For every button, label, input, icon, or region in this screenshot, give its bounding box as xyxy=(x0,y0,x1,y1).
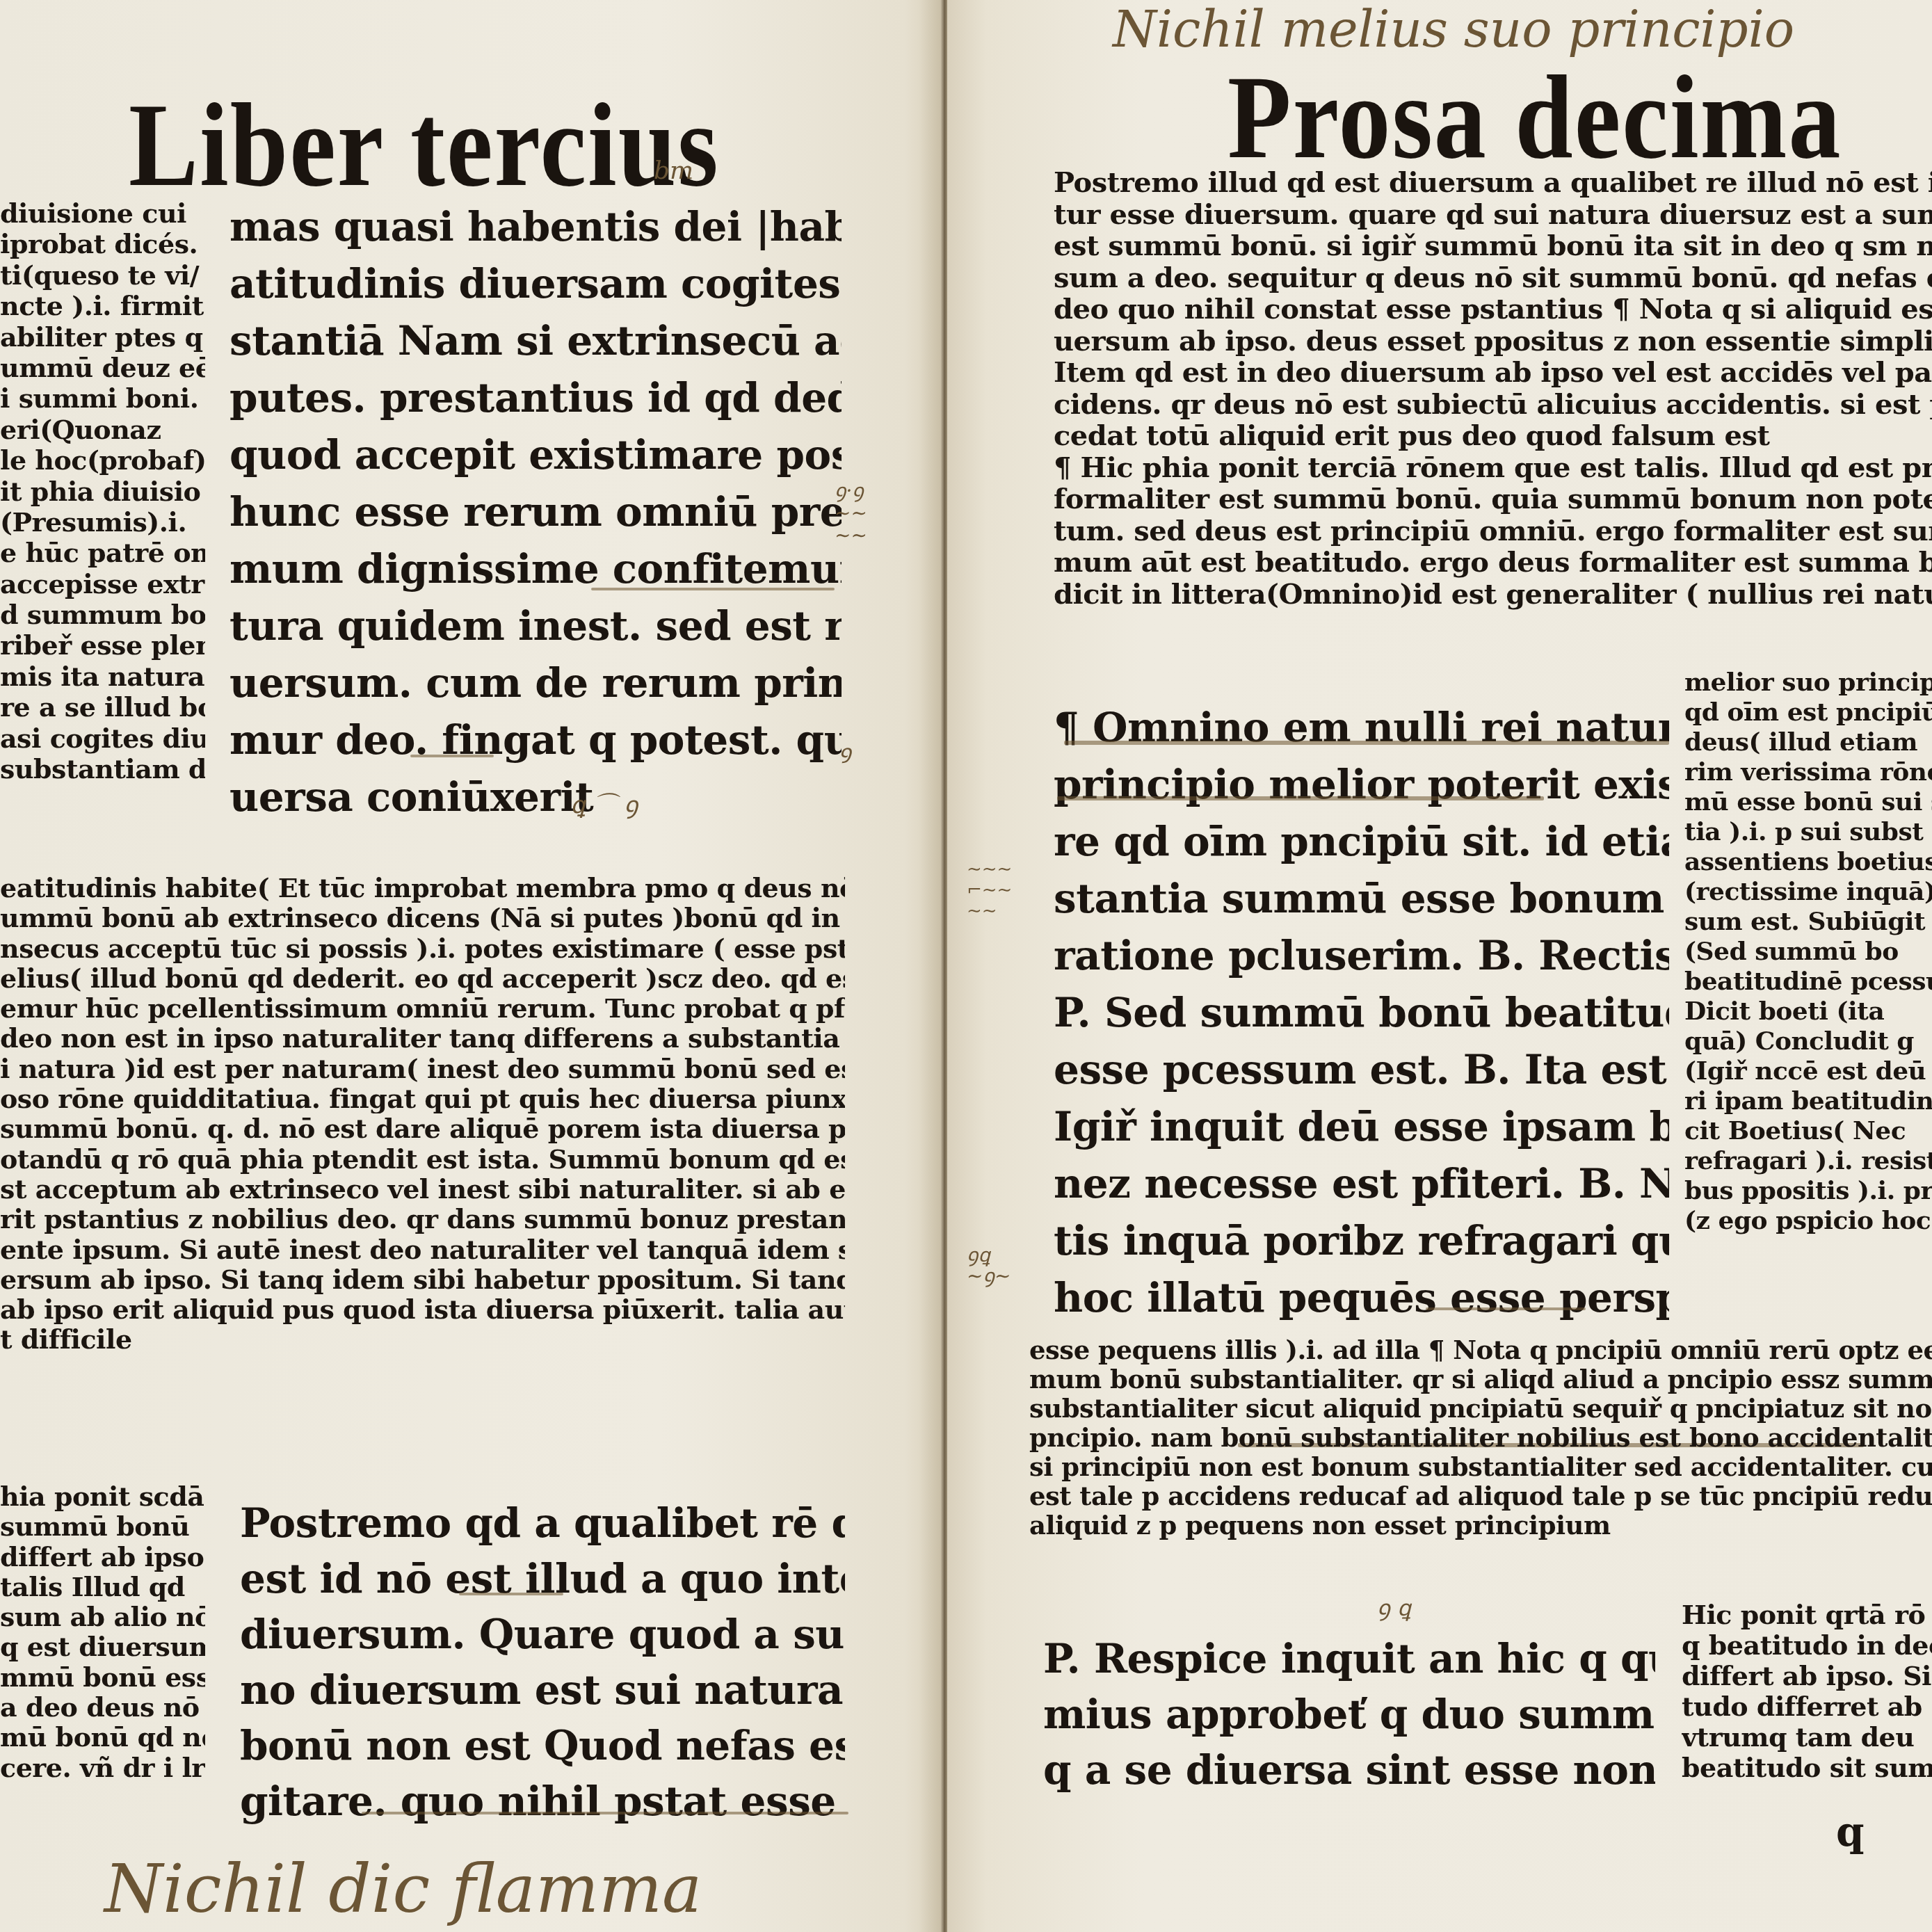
main-text-line: stantiā Nam si extrinsecū acceptum xyxy=(230,312,842,369)
commentary-line: aliquid z p pequens non esset principium xyxy=(1029,1511,1932,1540)
commentary-line: e hūc patrē om xyxy=(0,538,205,568)
main-text-line: hoc illatū pequēs esse perspicio xyxy=(1054,1269,1669,1326)
main-text-line: uersa coniūxerit xyxy=(230,768,842,826)
commentary-line: quā) Concludit g xyxy=(1684,1027,1932,1056)
right-main-text: ¶ Omnino em nulli rei natura suo princip… xyxy=(1054,699,1669,1326)
main-text-line: uersum. cum de rerum principe loqua xyxy=(230,654,842,711)
commentary-line: esse pequens illis ).i. ad illa ¶ Nota q… xyxy=(1029,1335,1932,1365)
commentary-line: Dicit boeti (ita xyxy=(1684,997,1932,1027)
commentary-line: eri(Quonaz xyxy=(0,414,205,445)
commentary-line: mmū bonū esset xyxy=(0,1662,205,1692)
handwritten-footer-note: Nichil dic flamma xyxy=(104,1850,702,1928)
commentary-line: ri ipam beatitudinē xyxy=(1684,1086,1932,1116)
right-commentary-side-bottom: Hic ponit qrtā rō q beatitudo in deo dif… xyxy=(1682,1600,1932,1783)
commentary-line: ersum ab ipso. Si tanq idem sibi habetur… xyxy=(0,1264,845,1294)
commentary-line: melior suo princip xyxy=(1684,668,1932,698)
commentary-line: diuisione cui xyxy=(0,198,205,229)
commentary-line: est summū bonū. si igiř summū bonū ita s… xyxy=(1054,230,1932,262)
commentary-line: talis Illud qd xyxy=(0,1572,205,1602)
commentary-line: sum a deo. sequitur q deus nō sit summū … xyxy=(1054,262,1932,294)
commentary-line: bus ppositis ).i. pr xyxy=(1684,1176,1932,1206)
commentary-line: differt ab ipso. Si xyxy=(1682,1661,1932,1691)
commentary-line: ti(queso te vi/ xyxy=(0,260,205,291)
book-spread: Liber tercius bm diuisione cui iprobat d… xyxy=(0,0,1932,1932)
right-commentary-top: Postremo illud qd est diuersum a qualibe… xyxy=(1054,167,1932,610)
commentary-line: (z ego pspicio hoc xyxy=(1684,1206,1932,1236)
left-main-text-top: mas quasi habentis dei |habiteq be/ atit… xyxy=(230,198,842,826)
marginal-note: ꝯꝗ∼ꝯ∼ xyxy=(967,1245,1011,1287)
commentary-line: (Igiř nccē est deū xyxy=(1684,1056,1932,1086)
left-main-text-bottom: Postremo qd a qualibet rē diuersum est i… xyxy=(240,1495,845,1829)
main-text-line: P. Respice inquit an hic q quidē fir xyxy=(1043,1631,1655,1687)
commentary-line: summū bonū xyxy=(0,1511,205,1541)
main-text-line: ratione pcluserim. B. Rectissime inq xyxy=(1054,927,1669,984)
commentary-line: differt ab ipso xyxy=(0,1542,205,1572)
marginal-note: ꝯ ꝗ xyxy=(1377,1593,1411,1623)
commentary-line: rim verissima rōne xyxy=(1684,757,1932,787)
ink-underline xyxy=(362,1812,848,1814)
commentary-line: le hoc(probaf) xyxy=(0,445,205,476)
commentary-line: ummū deuz eē xyxy=(0,353,205,383)
commentary-line: ab ipso erit aliquid pus quod ista diuer… xyxy=(0,1294,845,1324)
commentary-line: ¶ Hic phia ponit terciā rōnem que est ta… xyxy=(1054,452,1932,484)
commentary-line: a deo deus nō xyxy=(0,1692,205,1722)
commentary-line: refragari ).i. resister xyxy=(1684,1146,1932,1176)
commentary-line: mū esse bonū sui su xyxy=(1684,787,1932,817)
commentary-line: ente ipsum. Si autē inest deo naturalite… xyxy=(0,1234,845,1264)
commentary-line: mum aūt est beatitudo. ergo deus formali… xyxy=(1054,547,1932,579)
marginal-note: Ꝯ xyxy=(838,741,851,769)
commentary-line: summū bonū. q. d. nō est dare aliquē por… xyxy=(0,1113,845,1143)
left-commentary-top: diuisione cui iprobat dicés. ti(queso te… xyxy=(0,198,205,784)
right-main-text-bottom: P. Respice inquit an hic q quidē fir miu… xyxy=(1043,1631,1655,1798)
commentary-line: beatitudinē pcessu xyxy=(1684,967,1932,997)
commentary-line: ummū bonū ab extrinseco dicens (Nā si pu… xyxy=(0,903,845,933)
commentary-line: (Presumis).i. xyxy=(0,507,205,538)
commentary-line: pncipio. nam bonū substantialiter nobili… xyxy=(1029,1423,1932,1452)
commentary-line: otandū q rō quā phia ptendit est ista. S… xyxy=(0,1144,845,1174)
right-commentary-side: melior suo princip qd oīm est pncipiū de… xyxy=(1684,668,1932,1236)
ink-underline xyxy=(1426,1307,1586,1310)
commentary-line: ribeř esse plen xyxy=(0,630,205,661)
commentary-line: oso rōne quidditatiua. fingat qui pt qui… xyxy=(0,1084,845,1113)
commentary-line: si principiū non est bonum substantialit… xyxy=(1029,1452,1932,1481)
main-text-line: est id nō est illud a quo intelligitur e… xyxy=(240,1551,845,1607)
marginal-note: ∼∼∼⌐∼∼∼∼ xyxy=(967,859,1012,921)
main-text-line: Igiř inquit deū esse ipsam beatitudi/ xyxy=(1054,1098,1669,1155)
left-page-edge xyxy=(919,0,940,1932)
ink-underline xyxy=(591,588,835,590)
commentary-line: d summum bo xyxy=(0,599,205,630)
commentary-line: uersum ab ipso. deus esset ppositus z no… xyxy=(1054,325,1932,357)
commentary-line: cidens. qr deus nō est subiectū alicuius… xyxy=(1054,389,1932,421)
main-text-line: ¶ Omnino em nulli rei natura suo xyxy=(1054,699,1669,756)
marginal-note: ꝯ·ꝯ∼∼∼∼ xyxy=(835,480,867,547)
commentary-line: abiliter ptes q xyxy=(0,322,205,353)
commentary-line: t difficile xyxy=(0,1324,845,1354)
main-text-line: tura quidem inest. sed est ratione di/ xyxy=(230,597,842,654)
commentary-line: (rectissime inquā) xyxy=(1684,877,1932,907)
commentary-line: est tale p accidens reducaf ad aliquod t… xyxy=(1029,1481,1932,1511)
commentary-line: q est diuersum xyxy=(0,1632,205,1661)
ink-underline xyxy=(410,755,494,757)
main-text-line: tis inquā poribz refragari queo z illis xyxy=(1054,1212,1669,1269)
commentary-line: deus( illud etiam xyxy=(1684,727,1932,757)
ink-underline xyxy=(1064,741,1669,745)
commentary-line: formaliter est summū bonū. quia summū bo… xyxy=(1054,483,1932,515)
main-text-line: stantia summū esse bonum verissima xyxy=(1054,870,1669,927)
commentary-line: iprobat dicés. xyxy=(0,229,205,259)
commentary-line: beatitudo sit summ xyxy=(1682,1753,1932,1783)
ink-underline xyxy=(459,1593,563,1595)
main-text-line: P. Sed summū bonū beatitudinem xyxy=(1054,984,1669,1041)
left-commentary-full: eatitudinis habite( Et tūc improbat memb… xyxy=(0,873,845,1355)
main-text-line: bonū non est Quod nefas est de eo co xyxy=(240,1718,845,1773)
commentary-line: qd oīm est pncipiū xyxy=(1684,698,1932,727)
main-text-line: mur deo. fingat q potest. quis hec di/ xyxy=(230,711,842,768)
commentary-line: Item qd est in deo diuersum ab ipso vel … xyxy=(1054,357,1932,389)
right-commentary-mid: esse pequens illis ).i. ad illa ¶ Nota q… xyxy=(1029,1335,1932,1540)
right-page-heading: Prosa decima xyxy=(1227,49,1842,186)
commentary-line: Postremo illud qd est diuersum a qualibe… xyxy=(1054,167,1932,199)
heading-marginal-note: bm xyxy=(654,156,693,185)
main-text-line: re qd oīm pncipiū sit. id etiam sui sub xyxy=(1054,813,1669,870)
commentary-line: tum. sed deus est principiū omniū. ergo … xyxy=(1054,515,1932,547)
commentary-line: mum bonū substantialiter. qr si aliqd al… xyxy=(1029,1365,1932,1394)
commentary-line: asi cogites diuer xyxy=(0,723,205,754)
commentary-line: eatitudinis habite( Et tūc improbat memb… xyxy=(0,873,845,903)
main-text-line: mius approbeť q duo summa bona xyxy=(1043,1687,1655,1742)
commentary-line: mū bonū qd ne xyxy=(0,1722,205,1752)
marginal-note: ꝗ ⌒ ꝯ xyxy=(570,786,638,820)
ink-underline xyxy=(1057,796,1544,800)
commentary-line: Hic ponit qrtā rō xyxy=(1682,1600,1932,1630)
main-text-line: quod accepit existimare possis. Sed xyxy=(230,426,842,483)
commentary-line: deo quo nihil constat esse pstantius ¶ N… xyxy=(1054,293,1932,325)
commentary-line: assentiens boetius xyxy=(1684,847,1932,877)
left-page-heading: Liber tercius xyxy=(129,77,720,214)
commentary-line: ncte ).i. firmit xyxy=(0,291,205,321)
main-text-line: Postremo qd a qualibet rē diuersum xyxy=(240,1495,845,1551)
commentary-line: vtrumq tam deu xyxy=(1682,1722,1932,1753)
main-text-line: esse pcessum est. B. Ita est inquaz. P xyxy=(1054,1041,1669,1098)
commentary-line: accepisse extrin xyxy=(0,569,205,599)
main-text-line: q a se diuersa sint esse non put. Etem xyxy=(1043,1742,1655,1798)
commentary-line: re a se illud bo/ xyxy=(0,692,205,723)
commentary-line: i summi boni. xyxy=(0,383,205,414)
commentary-line: cedat totū aliquid erit pus deo quod fal… xyxy=(1054,420,1932,452)
commentary-line: rit pstantius z nobilius deo. qr dans su… xyxy=(0,1204,845,1234)
main-text-line: no diuersum est sui natura id summū xyxy=(240,1662,845,1718)
commentary-line: tia ).i. p sui subst āti xyxy=(1684,817,1932,847)
main-text-line: gitare. quo nihil pstat esse prestantius xyxy=(240,1773,845,1829)
main-text-line: atitudinis diuersam cogites esse sub xyxy=(230,255,842,312)
main-text-line: mas quasi habentis dei |habiteq be/ xyxy=(230,198,842,255)
commentary-line: nsecus acceptū tūc si possis ).i. potes … xyxy=(0,933,845,963)
commentary-line: sum est. Subiūgit xyxy=(1684,907,1932,937)
commentary-line: sum ab alio nō xyxy=(0,1602,205,1632)
main-text-line: principio melior poterit existere. Qua xyxy=(1054,756,1669,813)
commentary-line: dicit in littera(Omnino)id est generalit… xyxy=(1054,579,1932,611)
commentary-line: mis ita natura xyxy=(0,661,205,692)
main-text-line: hunc esse rerum omniū precellentissi/ xyxy=(230,483,842,540)
commentary-line: q beatitudo in deo xyxy=(1682,1630,1932,1661)
commentary-line: cit Boetius( Nec xyxy=(1684,1116,1932,1146)
commentary-line: i natura )id est per naturam( inest deo … xyxy=(0,1054,845,1084)
commentary-line: tur esse diuersum. quare qd sui natura d… xyxy=(1054,199,1932,231)
main-text-line: nez necesse est pfiteri. B. Nec ppositi/ xyxy=(1054,1155,1669,1212)
commentary-line: (Sed summū bo xyxy=(1684,937,1932,967)
commentary-line: substantiam dei xyxy=(0,754,205,784)
commentary-line: st acceptum ab extrinseco vel inest sibi… xyxy=(0,1174,845,1204)
commentary-line: hia ponit scdā xyxy=(0,1481,205,1511)
commentary-line: it phia diuisio xyxy=(0,476,205,507)
commentary-line: cere. vñ dr i lrā xyxy=(0,1753,205,1782)
commentary-line: substantialiter sicut aliquid pncipiatū … xyxy=(1029,1394,1932,1423)
commentary-line: tudo differret ab d xyxy=(1682,1691,1932,1722)
commentary-line: emur hūc pcellentissimum omniū rerum. Tu… xyxy=(0,993,845,1023)
main-text-line: putes. prestantius id qd dederit ab eo xyxy=(230,369,842,426)
signature-mark: q ij xyxy=(1836,1808,1932,1855)
main-text-line: diuersum. Quare quod a summo bo xyxy=(240,1607,845,1662)
commentary-line: elius( illud bonū qd dederit. eo qd acce… xyxy=(0,963,845,993)
commentary-line: deo non est in ipso naturaliter tanq dif… xyxy=(0,1023,845,1053)
left-commentary-bottom: hia ponit scdā summū bonū differt ab ips… xyxy=(0,1481,205,1782)
